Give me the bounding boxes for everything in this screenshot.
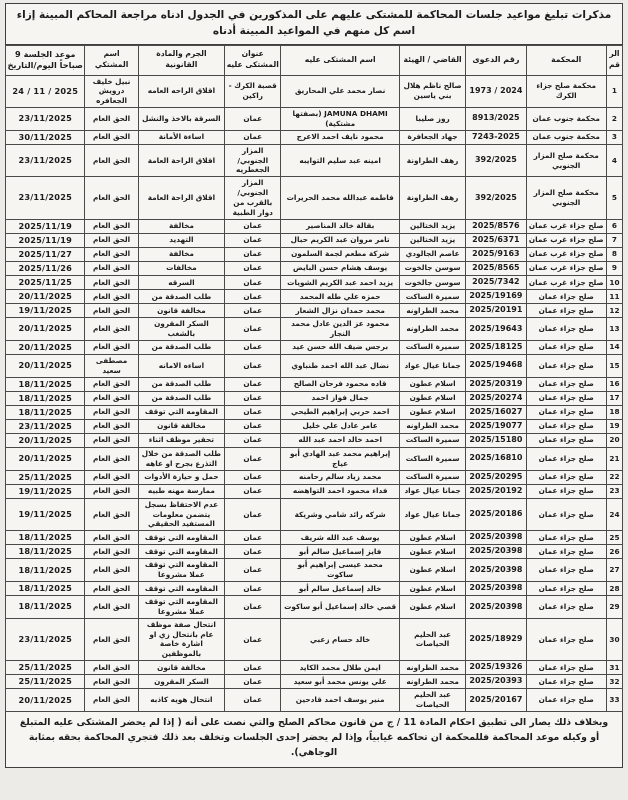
cell-address: عمان [225,377,281,391]
cell-court: محكمة جنوب عمان [526,108,606,131]
cell-case_no: 2025/20398 [466,582,526,596]
cell-address: عمان [225,470,281,484]
cell-court: صلح جزاء عمان [526,304,606,318]
cell-crime: مخالفة [138,247,224,261]
cell-num: 10 [606,275,622,289]
cell-date: 20/11/2025 [6,290,85,304]
cell-date: 2025/11/19 [6,233,85,247]
cell-address: عمان [225,661,281,675]
cell-date: 25/11/2025 [6,661,85,675]
table-row: 11صلح جزاء عمان2025/19169سميرة الساكتحمز… [6,290,623,304]
cell-complainant: الحق العام [85,545,138,559]
cell-address: عمان [225,247,281,261]
header-court: المحكمة [526,45,606,75]
cell-address: عمان [225,618,281,660]
header-session-date: موعد الجلسة 9 صباحاً اليوم/التاريخ [6,45,85,75]
header-judge: القاضي / الهيئة [399,45,465,75]
cell-judge: سوسن جالخوت [399,275,465,289]
cell-date: 18/11/2025 [6,405,85,419]
cell-case_no: 2025/20274 [466,391,526,405]
cell-num: 8 [606,247,622,261]
cell-crime: مخالفات [138,261,224,275]
cell-num: 28 [606,582,622,596]
cell-case_no: 2025/20398 [466,545,526,559]
cell-judge: جمانا عيال عواد [399,498,465,531]
table-row: 27صلح جزاء عمان2025/20398اسلام عطونمحمد … [6,559,623,582]
cell-date: 18/11/2025 [6,596,85,619]
cell-judge: اسلام عطون [399,531,465,545]
cell-court: صلح جزاء عمان [526,354,606,377]
cell-complainant: الحق العام [85,689,138,712]
cell-judge: اسلام عطون [399,377,465,391]
cell-crime: المقاومه التي توقف [138,405,224,419]
cell-address: عمان [225,130,281,144]
cell-judge: صالح ناظم هلال بني ياسين [399,75,465,108]
cell-defendant: ايمن طلال محمد الكايد [281,661,400,675]
cell-date: 19/11/2025 [6,498,85,531]
cell-date: 30/11/2025 [6,130,85,144]
header-num: الرقم [606,45,622,75]
cell-date: 20/11/2025 [6,447,85,470]
cell-address: عمان [225,419,281,433]
cell-address: عمان [225,391,281,405]
cell-address: عمان [225,559,281,582]
table-row: 24صلح جزاء عمان2025/20186جمانا عيال عواد… [6,498,623,531]
cell-address: قصبة الكرك - راكين [225,75,281,108]
cell-complainant: الحق العام [85,675,138,689]
cell-date: 18/11/2025 [6,391,85,405]
cell-address: عمان [225,531,281,545]
cell-court: صلح جزاء غرب عمان [526,261,606,275]
cell-judge: محمد الطراونه [399,318,465,341]
cell-court: صلح جزاء عمان [526,689,606,712]
cell-num: 9 [606,261,622,275]
cell-case_no: 2025/16810 [466,447,526,470]
table-body: 1محكمة صلح جزاء الكرك1973 / 2024صالح ناظ… [6,75,623,711]
cell-court: صلح جزاء عمان [526,470,606,484]
cell-complainant: الحق العام [85,108,138,131]
cell-address: عمان [225,675,281,689]
table-row: 33صلح جزاء عمان2025/20167عبد الحليم الحي… [6,689,623,712]
header-crime: الجرم والمادة القانونية [138,45,224,75]
cell-complainant: الحق العام [85,290,138,304]
cell-date: 18/11/2025 [6,531,85,545]
cell-court: صلح جزاء غرب عمان [526,275,606,289]
cell-court: صلح جزاء عمان [526,618,606,660]
table-row: 3محكمة جنوب عمان7243-2025جهاد الجعافرةمح… [6,130,623,144]
cell-complainant: الحق العام [85,233,138,247]
cell-court: صلح جزاء عمان [526,498,606,531]
cell-case_no: 2025/20186 [466,498,526,531]
cell-court: صلح جزاء عمان [526,290,606,304]
cell-court: صلح جزاء عمان [526,318,606,341]
cell-complainant: الحق العام [85,304,138,318]
cell-crime: طلب الصدقة من [138,377,224,391]
header-defendant-address: عنوان المشتكى عليه [225,45,281,75]
cell-date: 18/11/2025 [6,559,85,582]
cell-case_no: 2025/15180 [466,433,526,447]
cell-judge: رهف الطراونة [399,177,465,219]
cell-case_no: 2025/9163 [466,247,526,261]
cell-defendant: نصار محمد علي المحاريق [281,75,400,108]
table-row: 6صلح جزاء غرب عمان2025/8576يزيد الختالين… [6,219,623,233]
cell-crime: طلب الصدقة من [138,391,224,405]
cell-judge: محمد الطراونه [399,675,465,689]
cell-case_no: 2025/20167 [466,689,526,712]
cell-defendant: شركه رائد شامي وشريكة [281,498,400,531]
cell-address: عمان [225,233,281,247]
cell-court: محكمة جنوب عمان [526,130,606,144]
cell-complainant: الحق العام [85,484,138,498]
cell-date: 19/11/2025 [6,304,85,318]
cell-judge: جهاد الجعافرة [399,130,465,144]
cell-defendant: JAMUNA DHAMI (بصفتها مشتكية) [281,108,400,131]
table-row: 5محكمة صلح المزار الجنوبي392/2025رهف الط… [6,177,623,219]
cell-num: 4 [606,144,622,177]
cell-crime: مخالفة قانون [138,304,224,318]
cell-address: عمان [225,340,281,354]
cell-num: 30 [606,618,622,660]
cell-num: 21 [606,447,622,470]
cell-case_no: 392/2025 [466,144,526,177]
cell-judge: سميرة الساكت [399,470,465,484]
cell-num: 20 [606,433,622,447]
cell-crime: ممارسة مهنه طبيه [138,484,224,498]
cell-case_no: 1973 / 2024 [466,75,526,108]
cell-date: 20/11/2025 [6,689,85,712]
cell-judge: محمد الطراونه [399,419,465,433]
cell-complainant: الحق العام [85,144,138,177]
cell-address: عمان [225,498,281,531]
cell-case_no: 2025/7342 [466,275,526,289]
cell-complainant: الحق العام [85,470,138,484]
cell-num: 6 [606,219,622,233]
cell-judge: يزيد الختالين [399,219,465,233]
cell-complainant: الحق العام [85,447,138,470]
cell-num: 15 [606,354,622,377]
table-row: 7صلح جزاء غرب عمان2025/6371يزيد الختالين… [6,233,623,247]
cell-address: عمان [225,433,281,447]
cell-num: 18 [606,405,622,419]
cell-court: محكمة صلح جزاء الكرك [526,75,606,108]
cell-crime: تحقير موظف اثناء [138,433,224,447]
header-complainant: اسم المشتكي [85,45,138,75]
cell-case_no: 2025/19169 [466,290,526,304]
cell-case_no: 2025/20319 [466,377,526,391]
cell-defendant: خالد حسام زعبي [281,618,400,660]
table-row: 15صلح جزاء عمان2025/19468جمانا عيال عواد… [6,354,623,377]
table-row: 21صلح جزاء عمان2025/16810سميرة الساكتإبر… [6,447,623,470]
table-row: 9صلح جزاء غرب عمان2025/8565سوسن جالخوتيو… [6,261,623,275]
cell-court: صلح جزاء عمان [526,447,606,470]
cell-defendant: نضال عبد الله احمد طنباوي [281,354,400,377]
table-row: 8صلح جزاء غرب عمان2025/9163عاصم الجالودي… [6,247,623,261]
cell-date: 23/11/2025 [6,419,85,433]
cell-crime: طلب الصدقة من خلال التذرع بجرح او عاهه [138,447,224,470]
cell-address: عمان [225,582,281,596]
cell-date: 19/11/2025 [6,484,85,498]
cell-defendant: امينه عبد سليم التوايبه [281,144,400,177]
cell-court: صلح جزاء عمان [526,531,606,545]
cell-address: عمان [225,275,281,289]
cell-num: 22 [606,470,622,484]
cell-num: 2 [606,108,622,131]
cell-date: 23/11/2025 [6,618,85,660]
cell-crime: المقاومه التي توقف عملا مشروعا [138,596,224,619]
cell-complainant: الحق العام [85,377,138,391]
cell-case_no: 2025/18929 [466,618,526,660]
table-header: الرقم المحكمة رقم الدعوى القاضي / الهيئة… [6,45,623,75]
cell-crime: انتحال صفة موظف عام بانتحال زي او اشارة … [138,618,224,660]
cell-court: صلح جزاء عمان [526,484,606,498]
cell-court: صلح جزاء عمان [526,340,606,354]
table-row: 13صلح جزاء عمان2025/19643محمد الطراونهمح… [6,318,623,341]
cell-defendant: تامر مروان عبد الكريم حبال [281,233,400,247]
cell-case_no: 2025/19326 [466,661,526,675]
table-row: 23صلح جزاء عمان2025/20192جمانا عيال عواد… [6,484,623,498]
cell-num: 25 [606,531,622,545]
cell-judge: سوسن جالخوت [399,261,465,275]
cell-court: صلح جزاء عمان [526,405,606,419]
cell-judge: عبد الحليم الحياصات [399,618,465,660]
cell-complainant: الحق العام [85,661,138,675]
table-row: 25صلح جزاء عمان2025/20398اسلام عطونيوسف … [6,531,623,545]
cell-date: 2025/11/25 [6,275,85,289]
cell-complainant: الحق العام [85,130,138,144]
table-row: 28صلح جزاء عمان2025/20398اسلام عطونخالد … [6,582,623,596]
cell-complainant: الحق العام [85,419,138,433]
cell-num: 16 [606,377,622,391]
legal-notice-footer: وبخلاف ذلك يصار الى تطبيق احكام المادة 1… [5,712,623,768]
cell-crime: مخالفة قانون [138,661,224,675]
cell-complainant: الحق العام [85,219,138,233]
cell-complainant: الحق العام [85,618,138,660]
cell-address: المزار الجنوبي/ بالقرب من دوار الطبية [225,177,281,219]
cell-defendant: حمزه علي طله المحمد [281,290,400,304]
cell-judge: عاصم الجالودي [399,247,465,261]
cell-crime: اساءه الامانه [138,354,224,377]
cell-court: محكمة صلح المزار الجنوبي [526,177,606,219]
cell-num: 12 [606,304,622,318]
cell-court: صلح جزاء عمان [526,545,606,559]
cell-address: عمان [225,318,281,341]
cell-court: صلح جزاء عمان [526,596,606,619]
cell-num: 14 [606,340,622,354]
table-row: 16صلح جزاء عمان2025/20319اسلام عطونقاده … [6,377,623,391]
cell-crime: السرقه [138,275,224,289]
cell-num: 31 [606,661,622,675]
cell-num: 11 [606,290,622,304]
cell-court: صلح جزاء عمان [526,419,606,433]
cell-address: عمان [225,545,281,559]
table-row: 31صلح جزاء عمان2025/19326محمد الطراونهاي… [6,661,623,675]
cell-num: 13 [606,318,622,341]
cell-complainant: الحق العام [85,247,138,261]
cell-date: 20/11/2025 [6,433,85,447]
cell-complainant: الحق العام [85,261,138,275]
cell-defendant: فداء محمود احمد التواهضه [281,484,400,498]
cell-address: عمان [225,304,281,318]
cell-date: 23/11/2025 [6,177,85,219]
cell-case_no: 2025/20398 [466,559,526,582]
cell-defendant: محمد حمدان نزال الشعار [281,304,400,318]
cell-date: 18/11/2025 [6,545,85,559]
cell-date: 25/11/2025 [6,675,85,689]
cell-complainant: الحق العام [85,559,138,582]
cell-defendant: محمود نايف احمد الاعرج [281,130,400,144]
cell-case_no: 7243-2025 [466,130,526,144]
cell-defendant: برجس ضيف الله حسن عيد [281,340,400,354]
cell-judge: سميرة الساكت [399,290,465,304]
cell-date: 20/11/2025 [6,318,85,341]
cell-defendant: محمد زياد سالم رحامنه [281,470,400,484]
cell-num: 19 [606,419,622,433]
cell-court: صلح جزاء عمان [526,391,606,405]
cell-crime: المقاومه التي توقف [138,531,224,545]
cell-crime: اقلاق الراحه العامه [138,75,224,108]
cell-complainant: نبيل خليف درويش الجعافره [85,75,138,108]
cell-complainant: الحق العام [85,177,138,219]
cell-crime: اقلاق الراحة العامة [138,144,224,177]
cell-crime: حمل و حيازة الأدوات [138,470,224,484]
cell-date: 18/11/2025 [6,377,85,391]
cell-crime: التهديد [138,233,224,247]
cell-defendant: قاده محمود فرحان الصالح [281,377,400,391]
table-row: 32صلح جزاء عمان2025/20393محمد الطراونهعل… [6,675,623,689]
cell-num: 3 [606,130,622,144]
cell-complainant: الحق العام [85,340,138,354]
cell-crime: المقاومه التي توقف [138,582,224,596]
table-row: 26صلح جزاء عمان2025/20398اسلام عطونفايز … [6,545,623,559]
cell-complainant: الحق العام [85,531,138,545]
cell-case_no: 2025/19468 [466,354,526,377]
cell-case_no: 2025/8565 [466,261,526,275]
table-row: 12صلح جزاء عمان2025/20191محمد الطراونهمح… [6,304,623,318]
cell-judge: اسلام عطون [399,405,465,419]
cell-crime: السرقة بالاخذ والنشل [138,108,224,131]
cell-judge: اسلام عطون [399,545,465,559]
document-title: مذكرات تبليغ مواعيد جلسات المحاكمة للمشت… [5,3,623,45]
table-row: 4محكمة صلح المزار الجنوبي392/2025رهف الط… [6,144,623,177]
cell-defendant: فاطمه عبدالله محمد الحريرات [281,177,400,219]
cell-complainant: الحق العام [85,391,138,405]
cell-date: 2025/11/26 [6,261,85,275]
cell-case_no: 2025/20192 [466,484,526,498]
table-row: 2محكمة جنوب عمان8913/2025روز صليباJAMUNA… [6,108,623,131]
cell-complainant: الحق العام [85,405,138,419]
cell-defendant: إبراهيم محمد عبد الهادي أبو عياج [281,447,400,470]
cell-address: المزار الجنوبي/ الجغطريه [225,144,281,177]
table-row: 18صلح جزاء عمان2025/16027اسلام عطوناحمد … [6,405,623,419]
cell-judge: اسلام عطون [399,582,465,596]
cell-defendant: فايز إسماعيل سالم أبو [281,545,400,559]
cell-address: عمان [225,689,281,712]
table-row: 22صلح جزاء عمان2025/20295سميرة الساكتمحم… [6,470,623,484]
cell-date: 2025/11/19 [6,219,85,233]
cell-crime: مخالفة قانون [138,419,224,433]
cell-date: 18/11/2025 [6,582,85,596]
table-row: 17صلح جزاء عمان2025/20274اسلام عطونجمال … [6,391,623,405]
cell-complainant: الحق العام [85,596,138,619]
cell-date: 20/11/2025 [6,354,85,377]
cell-case_no: 2025/6371 [466,233,526,247]
table-row: 14صلح جزاء عمان2025/18125سميرة الساكتبرج… [6,340,623,354]
cell-defendant: بقالة خالد المناصير [281,219,400,233]
cell-defendant: شركة مطعم لجمة السلمون [281,247,400,261]
cell-court: صلح جزاء عمان [526,661,606,675]
cell-num: 32 [606,675,622,689]
cell-complainant: الحق العام [85,582,138,596]
cell-crime: اساءة الأمانة [138,130,224,144]
cell-court: صلح جزاء غرب عمان [526,219,606,233]
cell-court: محكمة صلح المزار الجنوبي [526,144,606,177]
cell-judge: محمد الطراونه [399,304,465,318]
cell-judge: روز صليبا [399,108,465,131]
cell-crime: طلب الصدقة من [138,290,224,304]
table-row: 29صلح جزاء عمان2025/20398اسلام عطونقصي خ… [6,596,623,619]
cell-court: صلح جزاء غرب عمان [526,247,606,261]
cell-address: عمان [225,290,281,304]
cell-defendant: عامر عادل علي خليل [281,419,400,433]
cell-complainant: مصطفى سعيد [85,354,138,377]
table-row: 19صلح جزاء عمان2025/19077محمد الطراونهعا… [6,419,623,433]
cell-case_no: 2025/19077 [466,419,526,433]
cell-crime: المقاومه التي توقف [138,545,224,559]
cell-judge: اسلام عطون [399,596,465,619]
cell-defendant: خالد إسماعيل سالم أبو [281,582,400,596]
header-defendant-name: اسم المشتكى عليه [281,45,400,75]
hearings-table: الرقم المحكمة رقم الدعوى القاضي / الهيئة… [5,45,623,712]
table-row: 1محكمة صلح جزاء الكرك1973 / 2024صالح ناظ… [6,75,623,108]
cell-crime: المقاومه التي توقف عملا مشروعا [138,559,224,582]
cell-address: عمان [225,596,281,619]
cell-court: صلح جزاء عمان [526,675,606,689]
cell-num: 29 [606,596,622,619]
cell-crime: طلب الصدقة من [138,340,224,354]
cell-case_no: 2025/8576 [466,219,526,233]
table-row: 20صلح جزاء عمان2025/15180سميرة الساكتاحم… [6,433,623,447]
cell-case_no: 2025/20191 [466,304,526,318]
cell-judge: جمانا عيال عواد [399,354,465,377]
table-row: 10صلح جزاء غرب عمان2025/7342سوسن جالخوتي… [6,275,623,289]
cell-judge: اسلام عطون [399,559,465,582]
cell-judge: سميرة الساكت [399,447,465,470]
cell-address: عمان [225,484,281,498]
cell-complainant: الحق العام [85,498,138,531]
cell-num: 5 [606,177,622,219]
cell-num: 1 [606,75,622,108]
cell-defendant: جمال فواز احمد [281,391,400,405]
cell-judge: اسلام عطون [399,391,465,405]
cell-defendant: احمد حربي إبراهيم الطيحي [281,405,400,419]
cell-case_no: 8913/2025 [466,108,526,131]
table-header-row: الرقم المحكمة رقم الدعوى القاضي / الهيئة… [6,45,623,75]
cell-address: عمان [225,108,281,131]
cell-defendant: منير يوسف احمد قادحين [281,689,400,712]
cell-judge: جمانا عيال عواد [399,484,465,498]
cell-crime: السكر المقرون بالشغب [138,318,224,341]
cell-defendant: علي يونس محمد أبو سعيد [281,675,400,689]
cell-court: صلح جزاء عمان [526,433,606,447]
cell-date: 23/11/2025 [6,108,85,131]
cell-complainant: الحق العام [85,433,138,447]
cell-case_no: 2025/18125 [466,340,526,354]
cell-crime: السكر المقرون [138,675,224,689]
cell-case_no: 2025/20398 [466,596,526,619]
cell-crime: عدم الاحتفاظ بسجل يتضمن معلومات المستفيد… [138,498,224,531]
cell-judge: محمد الطراونه [399,661,465,675]
cell-date: 25/11/2025 [6,470,85,484]
